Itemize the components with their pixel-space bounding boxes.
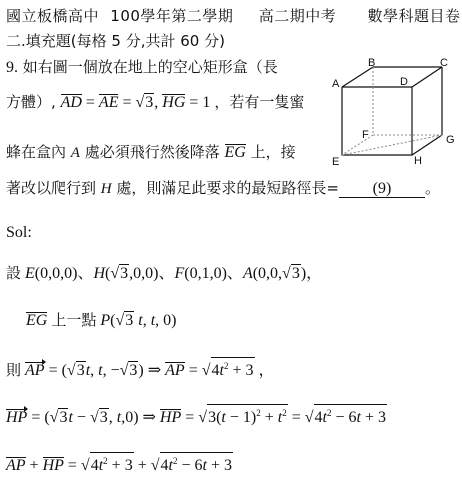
vertex-label-d: D [400,76,408,88]
vertex-label-a: A [332,78,340,90]
vertex-label-g: G [446,134,455,146]
solution-step-3: 則 AP = (√3t, t, −√3) ⇒ AP = √4t2 + 3 ， [6,357,275,381]
solution-step-5: AP + HP = √4t2 + 3 + √4t2 − 6t + 3 [6,452,233,476]
solution-step-4: HP = (√3t − √3, t,0) ⇒ HP = √3(t − 1)2 +… [6,404,387,428]
vertex-label-e: E [332,156,339,168]
vertex-label-h: H [414,155,422,167]
vertex-label-b: B [368,57,375,69]
vertex-label-c: C [440,57,448,69]
solution-step-2: EG 上一點 P(√3 t, t, 0) [26,310,176,331]
vertex-label-f: F [362,129,369,141]
solution-label: Sol: [6,223,32,243]
solution-step-1: 設 E(0,0,0)、H(√3,0,0)、F(0,1,0)、A(0,0,√3)， [6,263,322,284]
